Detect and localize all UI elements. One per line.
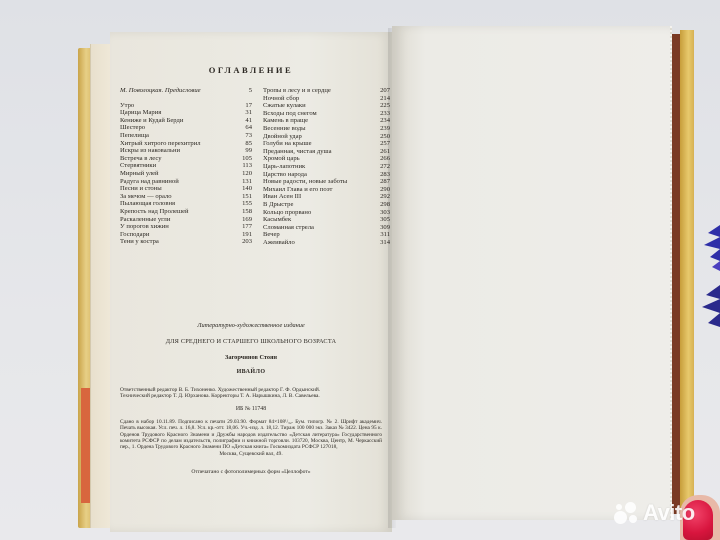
page-stack-left xyxy=(90,44,111,528)
editors-line-2: Технический редактор Т. Д. Юрханова. Кор… xyxy=(120,393,382,399)
toc-entry-title: Хитрый хитрого перехитрил xyxy=(120,140,201,148)
toc-entry: Ночной сбор214 xyxy=(263,95,390,103)
author-name: Загорчинов Стоян xyxy=(110,354,392,361)
toc-entry-title: Ночной сбор xyxy=(263,95,299,103)
toc-entry: За мечом — орало151 xyxy=(120,193,252,201)
toc-entry: Тени у костра203 xyxy=(120,238,252,246)
toc-entry: Голуби на крыше257 xyxy=(263,140,390,148)
toc-entry: Царь-лапотник272 xyxy=(263,163,390,171)
toc-entry-title: Преданная, чистая душа xyxy=(263,148,332,156)
toc-entry: Кольцо прорвано303 xyxy=(263,209,390,217)
toc-entry: Хромой царь266 xyxy=(263,155,390,163)
toc-entry: Касымбек305 xyxy=(263,216,390,224)
toc-entry: Двойной удар250 xyxy=(263,133,390,141)
photo-scene: ОГЛАВЛЕНИЕ М. Поволоцкая. Предисловие5Ут… xyxy=(0,0,720,540)
toc-entry-page: 120 xyxy=(236,170,252,178)
toc-entry: Вечер311 xyxy=(263,231,390,239)
toc-entry: У порогов хижин177 xyxy=(120,223,252,231)
toc-entry: Тропы в лесу и в сердце207 xyxy=(263,87,390,95)
toc-entry-page: 73 xyxy=(236,132,252,140)
toc-entry-title: Искры из наковальни xyxy=(120,147,180,155)
toc-entry-title: Тени у костра xyxy=(120,238,159,246)
left-page: ОГЛАВЛЕНИЕ М. Поволоцкая. Предисловие5Ут… xyxy=(110,32,392,532)
avito-wordmark: Avito xyxy=(643,500,695,526)
toc-entry: Утро17 xyxy=(120,102,252,110)
toc-entry-title: В Дрыстре xyxy=(263,201,293,209)
toc-entry: Преданная, чистая душа261 xyxy=(263,148,390,156)
toc-entry-page: 64 xyxy=(236,124,252,132)
toc-entry: Весенние воды239 xyxy=(263,125,390,133)
toc-entry: Пепелища73 xyxy=(120,132,252,140)
toc-entry-title: Вечер xyxy=(263,231,280,239)
toc-entry-title: Стервятники xyxy=(120,162,156,170)
toc-entry-page: 203 xyxy=(236,238,252,246)
toc-entry: Всходы под снегом233 xyxy=(263,110,390,118)
toc-entry-title: Весенние воды xyxy=(263,125,306,133)
toc-entry-page: 17 xyxy=(236,102,252,110)
toc-entry: Сломанная стрела309 xyxy=(263,224,390,232)
toc-entry-title: Песни и стоны xyxy=(120,185,162,193)
toc-entry-title: Камень в праще xyxy=(263,117,308,125)
toc-entry-title: Иван Асен III xyxy=(263,193,301,201)
toc-entry: Михаил Главa и его поэт290 xyxy=(263,186,390,194)
toc-entry-page: 151 xyxy=(236,193,252,201)
toc-entry-title: М. Поволоцкая. Предисловие xyxy=(120,87,201,95)
toc-entry-page: 158 xyxy=(236,208,252,216)
toc-entry-title: Кольцо прорвано xyxy=(263,209,311,217)
toc-entry-title: Царство народа xyxy=(263,171,307,179)
toc-entry: Царица Мария31 xyxy=(120,109,252,117)
toc-entry-title: Раскаленные угли xyxy=(120,216,170,224)
toc-entry: Стервятники113 xyxy=(120,162,252,170)
toc-entry: Хитрый хитрого перехитрил85 xyxy=(120,140,252,148)
toc-entry: Крепость над Пролешей158 xyxy=(120,208,252,216)
toc-entry-page: 99 xyxy=(236,147,252,155)
toc-entry-page: 140 xyxy=(236,185,252,193)
toc-entry: Песни и стоны140 xyxy=(120,185,252,193)
toc-entry-page: 169 xyxy=(236,216,252,224)
toc-entry: Встреча в лесу105 xyxy=(120,155,252,163)
editors-credits: Ответственный редактор В. Б. Тихоненко. … xyxy=(110,387,392,400)
toc-heading: ОГЛАВЛЕНИЕ xyxy=(110,65,392,75)
toc-entry: Новые радости, новые заботы287 xyxy=(263,178,390,186)
toc-entry: Искры из наковальни99 xyxy=(120,147,252,155)
print-specs-address: Москва, Сущевский вал, 49. xyxy=(120,451,382,457)
book-cover-right-edge xyxy=(680,30,694,530)
toc-entry-page: 191 xyxy=(236,231,252,239)
toc-entry-title: Хромой царь xyxy=(263,155,300,163)
audience-label: ДЛЯ СРЕДНЕГО И СТАРШЕГО ШКОЛЬНОГО ВОЗРАС… xyxy=(110,338,392,345)
toc-entry: Сжатые кулаки225 xyxy=(263,102,390,110)
toc-entry: Раскаленные угли169 xyxy=(120,216,252,224)
toc-entry-page: 41 xyxy=(236,117,252,125)
toc-entry-title: Сломанная стрела xyxy=(263,224,314,232)
book-title: ИВАЙЛО xyxy=(110,369,392,376)
colophon: Литературно-художественное издание ДЛЯ С… xyxy=(110,322,392,476)
print-specs-text: Сдано в набор 10.11.89. Подписано к печа… xyxy=(120,419,382,451)
toc-entry-title: Михаил Главa и его поэт xyxy=(263,186,332,194)
avito-dots-icon xyxy=(614,502,640,524)
toc-column-left: М. Поволоцкая. Предисловие5Утро17Царица … xyxy=(120,87,252,246)
toc-entry-page: 113 xyxy=(236,162,252,170)
toc-entry-title: Сжатые кулаки xyxy=(263,102,306,110)
toc-entry-title: Шестеро xyxy=(120,124,145,132)
toc-entry-title: Новые радости, новые заботы xyxy=(263,178,347,186)
toc-entry: Господари191 xyxy=(120,231,252,239)
toc-entry-title: Кениже и Кудай Берди xyxy=(120,117,183,125)
toc-entry-title: Встреча в лесу xyxy=(120,155,162,163)
toc-entry-title: Двойной удар xyxy=(263,133,302,141)
toc-entry: Камень в праще234 xyxy=(263,117,390,125)
toc-entry: Мирный улей120 xyxy=(120,170,252,178)
toc-entry-title: Голуби на крыше xyxy=(263,140,312,148)
toc-entry-page: 105 xyxy=(236,155,252,163)
toc-entry-title: Радуга над равниной xyxy=(120,178,179,186)
toc-entry: Пылающая головня155 xyxy=(120,200,252,208)
toc-entry: М. Поволоцкая. Предисловие5 xyxy=(120,87,252,95)
toc-entry-page: 85 xyxy=(236,140,252,148)
toc-entry-title: Касымбек xyxy=(263,216,291,224)
toc-entry-page: 155 xyxy=(236,200,252,208)
avito-watermark: Avito xyxy=(614,500,695,526)
toc-entry: Шестеро64 xyxy=(120,124,252,132)
print-specs: Сдано в набор 10.11.89. Подписано к печа… xyxy=(110,419,392,457)
toc-entry-title: Тропы в лесу и в сердце xyxy=(263,87,331,95)
toc-entry-title: Мирный улей xyxy=(120,170,159,178)
toc-entry-title: Царь-лапотник xyxy=(263,163,305,171)
toc-entry-title: Утро xyxy=(120,102,134,110)
toc-entry: Кениже и Кудай Берди41 xyxy=(120,117,252,125)
plant-leaves xyxy=(700,215,720,335)
series-label: Литературно-художественное издание xyxy=(110,322,392,329)
toc-entry-title: Крепость над Пролешей xyxy=(120,208,189,216)
toc-entry-title: У порогов хижин xyxy=(120,223,169,231)
toc-entry-title: Ажеивайло xyxy=(263,239,295,247)
toc-entry-page: 31 xyxy=(236,109,252,117)
toc-entry-page: 131 xyxy=(236,178,252,186)
toc-entry-title: За мечом — орало xyxy=(120,193,172,201)
toc-entry-page: 177 xyxy=(236,223,252,231)
toc-entry: Иван Асен III292 xyxy=(263,193,390,201)
toc-entry: В Дрыстре298 xyxy=(263,201,390,209)
toc-entry: Ажеивайло314 xyxy=(263,239,390,247)
toc-entry: Царство народа283 xyxy=(263,171,390,179)
toc-entry: Радуга над равниной131 xyxy=(120,178,252,186)
toc-column-right: Тропы в лесу и в сердце207Ночной сбор214… xyxy=(263,87,390,246)
right-page-blank xyxy=(392,26,672,520)
toc-entry-title: Всходы под снегом xyxy=(263,110,317,118)
ib-number: ИБ № 11748 xyxy=(110,406,392,413)
toc-entry-title: Пепелища xyxy=(120,132,149,140)
toc-entry-title: Пылающая головня xyxy=(120,200,175,208)
toc-entry-title: Царица Мария xyxy=(120,109,161,117)
toc-entry-page: 5 xyxy=(236,87,252,95)
toc-entry-title: Господари xyxy=(120,231,149,239)
printed-from-note: Отпечатано с фотополимерных форм «Целлоф… xyxy=(110,469,392,476)
